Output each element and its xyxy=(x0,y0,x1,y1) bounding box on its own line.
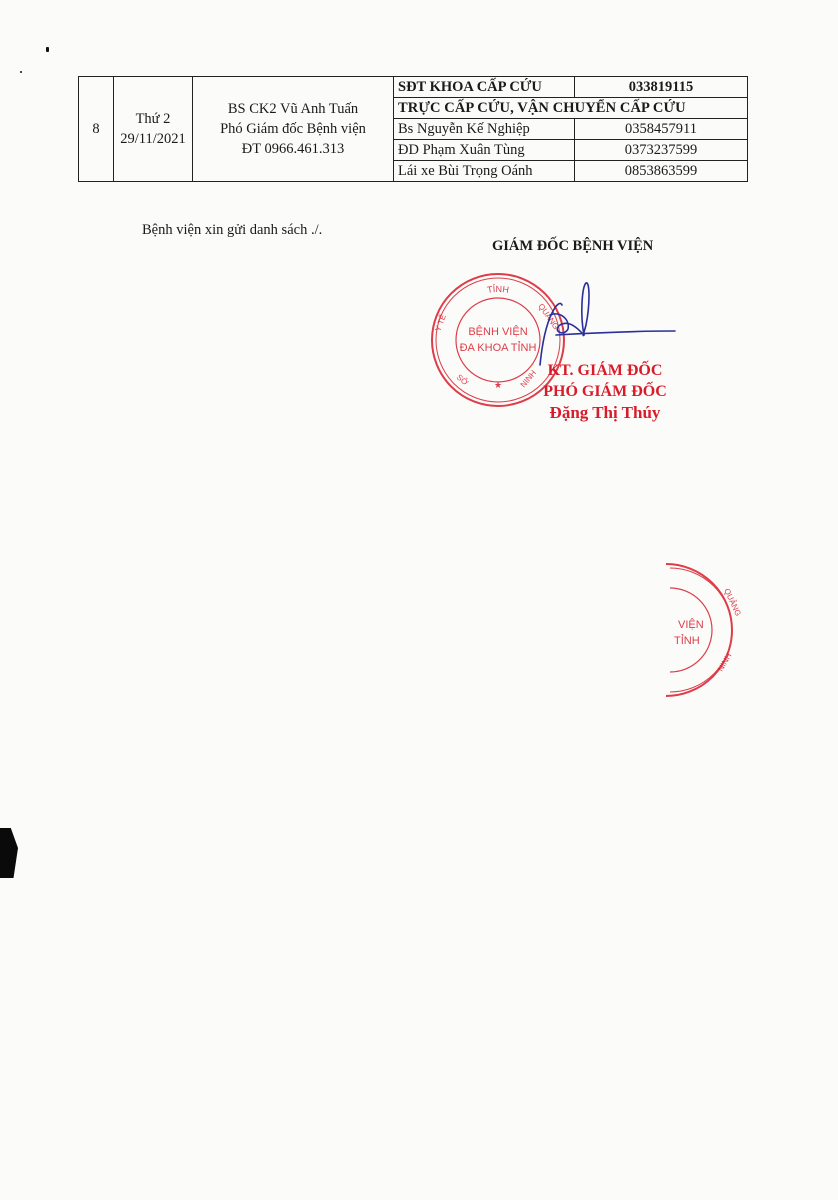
partial-stamp-bottom-right: NINH xyxy=(716,651,734,673)
scan-edge-mark xyxy=(0,828,18,878)
partial-stamp-line2: TỈNH xyxy=(674,634,700,647)
stamp-bottom-left: SỞ xyxy=(455,373,470,388)
closing-statement: Bệnh viện xin gửi danh sách ./. xyxy=(142,222,322,239)
emergency-phone-label: SĐT KHOA CẤP CỨU xyxy=(394,77,575,98)
signature-block: KT. GIÁM ĐỐC PHÓ GIÁM ĐỐC Đặng Thị Thúy xyxy=(530,360,680,423)
stamp-top-text: TỈNH xyxy=(486,283,509,295)
duty-section-header: TRỰC CẤP CỨU, VẬN CHUYỂN CẤP CỨU xyxy=(394,98,748,119)
row-number: 8 xyxy=(79,77,114,182)
staff-name: Lái xe Bùi Trọng Oánh xyxy=(394,161,575,182)
leader-phone: ĐT 0966.461.313 xyxy=(197,139,389,159)
table-row: 8 Thứ 2 29/11/2021 BS CK2 Vũ Anh Tuấn Ph… xyxy=(79,77,748,98)
scan-speck xyxy=(46,47,49,52)
staff-phone: 0853863599 xyxy=(575,161,748,182)
duty-roster-table: 8 Thứ 2 29/11/2021 BS CK2 Vũ Anh Tuấn Ph… xyxy=(78,76,748,182)
svg-text:TỈNH: TỈNH xyxy=(486,283,509,295)
scan-speck xyxy=(20,71,22,73)
leader-on-duty-cell: BS CK2 Vũ Anh Tuấn Phó Giám đốc Bệnh việ… xyxy=(193,77,394,182)
staff-name: Bs Nguyễn Kế Nghiệp xyxy=(394,119,575,140)
director-title: GIÁM ĐỐC BỆNH VIỆN xyxy=(492,238,653,255)
signer-position: PHÓ GIÁM ĐỐC xyxy=(530,381,680,402)
signer-name: Đặng Thị Thúy xyxy=(530,402,680,423)
partial-stamp-line1: VIỆN xyxy=(678,618,704,631)
partial-stamp: QUẢNG NINH VIỆN TỈNH xyxy=(660,562,760,702)
staff-name: ĐD Phạm Xuân Tùng xyxy=(394,140,575,161)
staff-phone: 0373237599 xyxy=(575,140,748,161)
duty-date-cell: Thứ 2 29/11/2021 xyxy=(114,77,193,182)
on-behalf-label: KT. GIÁM ĐỐC xyxy=(530,360,680,381)
duty-date: 29/11/2021 xyxy=(118,129,188,149)
emergency-phone-value: 033819115 xyxy=(575,77,748,98)
leader-name: BS CK2 Vũ Anh Tuấn xyxy=(197,99,389,119)
leader-position: Phó Giám đốc Bệnh viện xyxy=(197,119,389,139)
duty-day: Thứ 2 xyxy=(118,109,188,129)
staff-phone: 0358457911 xyxy=(575,119,748,140)
svg-text:★: ★ xyxy=(494,380,502,390)
